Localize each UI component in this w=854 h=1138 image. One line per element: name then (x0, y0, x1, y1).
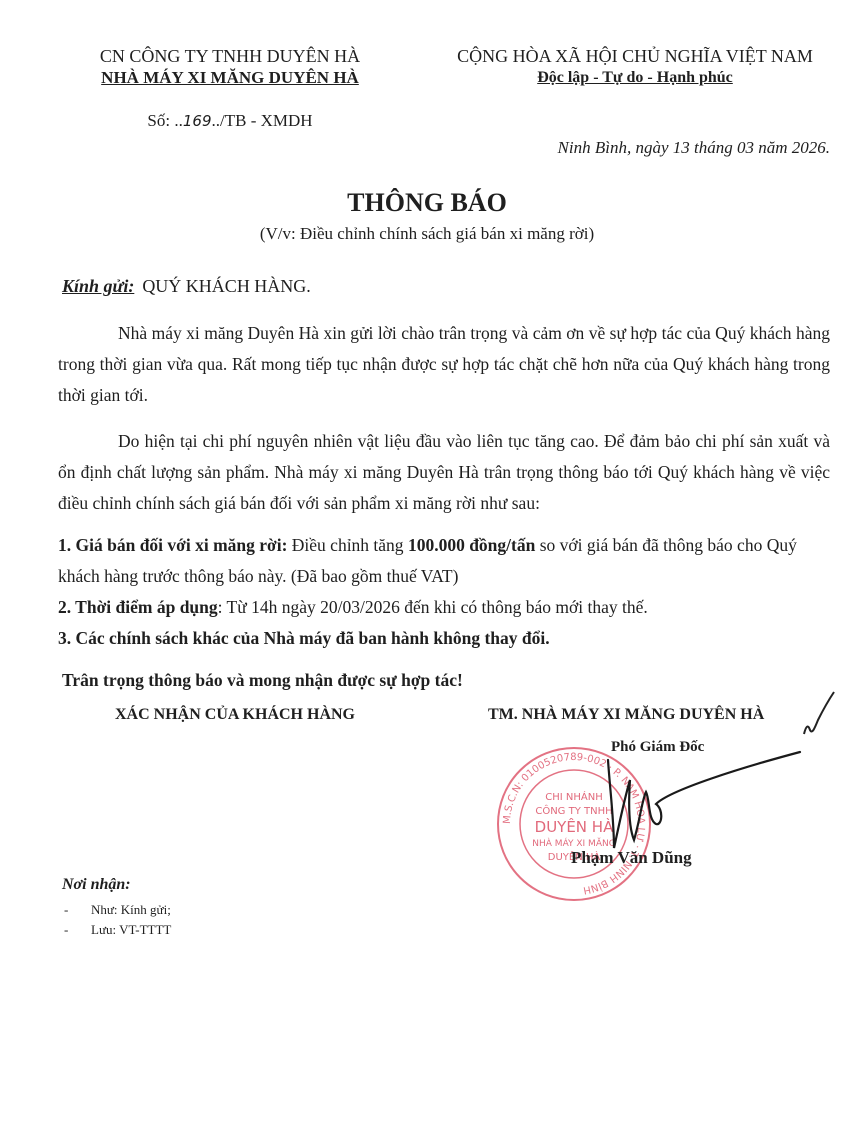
document-title: THÔNG BÁO (0, 188, 854, 218)
paragraph-greeting: Nhà máy xi măng Duyên Hà xin gửi lời chà… (58, 318, 830, 411)
addressee-label: Kính gửi: (62, 276, 134, 296)
factory-name: NHÀ MÁY XI MĂNG DUYÊN HÀ (60, 67, 400, 89)
recipients-heading: Nơi nhận: (62, 876, 171, 894)
on-behalf-label: TM. NHÀ MÁY XI MĂNG DUYÊN HÀ (488, 706, 764, 724)
place-date: Ninh Bình, ngày 13 tháng 03 năm 2026. (558, 138, 830, 158)
addressee: QUÝ KHÁCH HÀNG. (142, 276, 311, 296)
handwritten-number: 169 (183, 112, 212, 130)
policy-item-price: 1. Giá bán đối với xi măng rời: Điều chỉ… (58, 530, 838, 592)
issuer-block: CN CÔNG TY TNHH DUYÊN HÀ NHÀ MÁY XI MĂNG… (60, 45, 400, 131)
handwritten-signature-icon (600, 740, 840, 860)
parent-company: CN CÔNG TY TNHH DUYÊN HÀ (60, 45, 400, 67)
document-subject: (V/v: Điều chỉnh chính sách giá bán xi m… (0, 224, 854, 244)
svg-text:CHI NHÁNH: CHI NHÁNH (545, 790, 602, 803)
recipients-list: -Như: Kính gửi; -Lưu: VT-TTTT (62, 900, 171, 940)
national-motto: Độc lập - Tự do - Hạnh phúc (420, 67, 850, 89)
national-header: CỘNG HÒA XÃ HỘI CHỦ NGHĨA VIỆT NAM Độc l… (420, 45, 850, 89)
recipients-block: Nơi nhận: -Như: Kính gửi; -Lưu: VT-TTTT (62, 876, 171, 940)
initial-mark-icon (800, 690, 836, 738)
customer-confirmation-label: XÁC NHẬN CỦA KHÁCH HÀNG (115, 706, 355, 724)
addressee-line: Kính gửi:QUÝ KHÁCH HÀNG. (62, 276, 311, 297)
policy-items: 1. Giá bán đối với xi măng rời: Điều chỉ… (58, 530, 838, 654)
country-title: CỘNG HÒA XÃ HỘI CHỦ NGHĨA VIỆT NAM (420, 45, 850, 67)
document-number: Số: ..169../TB - XMDH (60, 111, 400, 131)
policy-item-other: 3. Các chính sách khác của Nhà máy đã ba… (58, 623, 838, 654)
paragraph-reason: Do hiện tại chi phí nguyên nhiên vật liệ… (58, 426, 830, 519)
recipient-item: -Lưu: VT-TTTT (62, 920, 171, 940)
signer-name: Phạm Văn Dũng (571, 848, 692, 868)
recipient-item: -Như: Kính gửi; (62, 900, 171, 920)
closing-line: Trân trọng thông báo và mong nhận được s… (62, 670, 463, 691)
policy-item-effective-date: 2. Thời điểm áp dụng: Từ 14h ngày 20/03/… (58, 592, 838, 623)
